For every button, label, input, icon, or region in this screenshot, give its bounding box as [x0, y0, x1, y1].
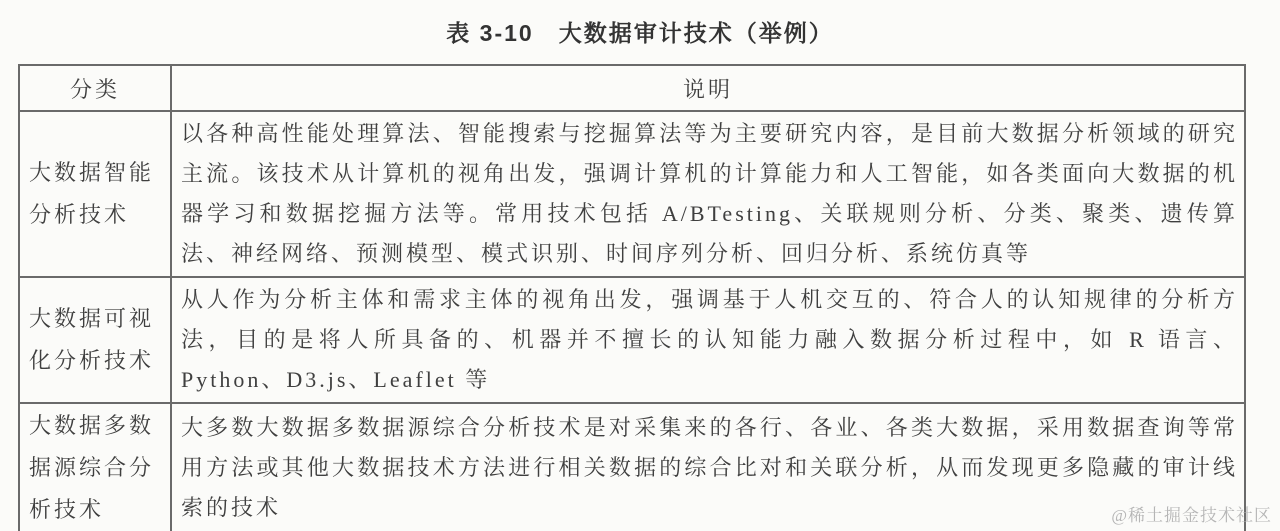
watermark: @稀土掘金技术社区: [1111, 501, 1272, 526]
column-header-category: 分类: [19, 65, 171, 111]
table-row: 大数据智能分析技术 以各种高性能处理算法、智能搜索与挖掘算法等为主要研究内容，是…: [19, 111, 1245, 277]
description-cell: 从人作为分析主体和需求主体的视角出发，强调基于人机交互的、符合人的认知规律的分析…: [171, 277, 1245, 403]
category-cell: 大数据智能分析技术: [29, 152, 159, 236]
description-cell: 大多数大数据多数据源综合分析技术是对采集来的各行、各业、各类大数据，采用数据查询…: [171, 403, 1245, 531]
category-cell: 大数据可视化分析技术: [29, 298, 159, 382]
column-header-description: 说明: [171, 65, 1245, 111]
scanned-table-page: 表 3-10 大数据审计技术（举例） 分类 说明 大数据智能分析技术 以各种高性…: [0, 0, 1280, 531]
description-cell: 以各种高性能处理算法、智能搜索与挖掘算法等为主要研究内容，是目前大数据分析领域的…: [171, 111, 1245, 277]
table-row: 大数据多数据源综合分析技术 大多数大数据多数据源综合分析技术是对采集来的各行、各…: [19, 403, 1245, 531]
header-row: 分类 说明: [19, 65, 1245, 111]
category-cell: 大数据多数据源综合分析技术: [29, 405, 159, 531]
audit-tech-table: 分类 说明 大数据智能分析技术 以各种高性能处理算法、智能搜索与挖掘算法等为主要…: [18, 64, 1246, 531]
table-title: 表 3-10 大数据审计技术（举例）: [0, 0, 1280, 48]
table-row: 大数据可视化分析技术 从人作为分析主体和需求主体的视角出发，强调基于人机交互的、…: [19, 277, 1245, 403]
